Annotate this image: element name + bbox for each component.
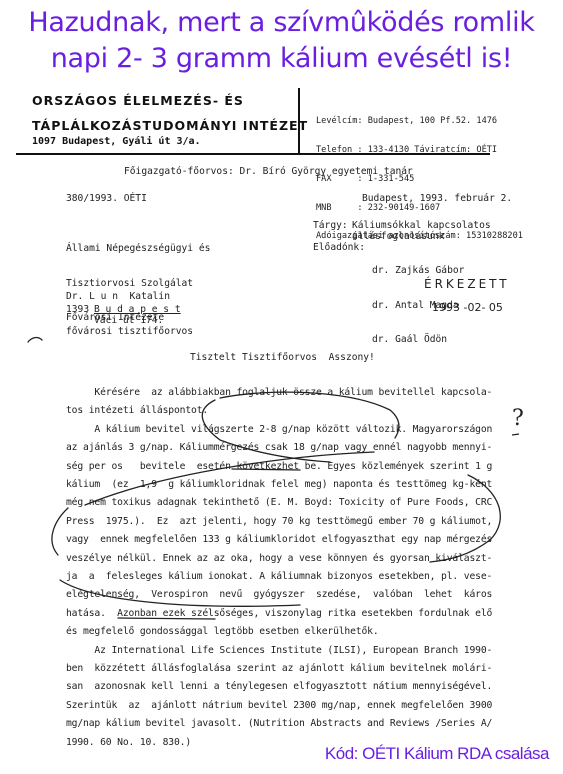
body-line: san azonosnak kell lenni a ténylegesen e…	[66, 681, 492, 692]
question-mark-annotation: ?	[512, 406, 524, 431]
headline-line-2: napi 2- 3 gramm kálium evésétl is!	[0, 42, 563, 76]
body-line: ja a felesleges kálium ionokat. A kálium…	[66, 571, 492, 582]
body-line: és megfelelő gondossággal legtöbb esetbe…	[66, 626, 379, 637]
presenters-label: Előadónk:	[313, 242, 365, 254]
body-line: 1990. 60 No. 10. 830.)	[66, 737, 191, 748]
body-line: mg/nap kálium bevitel javasolt. (Nutriti…	[66, 718, 492, 729]
body-line: kálium (ez 1,9 g káliumkloridnak felel m…	[66, 479, 492, 490]
contact-phone: Telefon : 133-4130 Táviratcím: OÉTI	[316, 146, 523, 156]
recipient-city: B u d a p e s t	[94, 304, 181, 316]
director-line: Főigazgató-főorvos: Dr. Bíró György egye…	[124, 166, 413, 178]
org-name-line-2: TÁPLÁLKOZÁSTUDOMÁNYI INTÉZET	[32, 118, 308, 133]
org-name-line-1: ORSZÁGOS ÉLELMEZÉS- ÉS	[32, 93, 244, 108]
letter-date: Budapest, 1993. február 2.	[362, 193, 512, 205]
body-line: Press 1975.). Ez azt jelenti, hogy 70 kg…	[66, 516, 492, 527]
header-divider	[298, 88, 300, 154]
contact-postal: Levélcím: Budapest, 100 Pf.52. 1476	[316, 117, 523, 127]
contact-bank: MNB : 232-90149-1607	[316, 204, 523, 214]
margin-mark	[28, 338, 42, 342]
recipient-city-text: B u d a p e s t	[94, 304, 181, 315]
footer-code: Kód: OÉTI Kálium RDA csalása	[325, 744, 549, 764]
presenter: dr. Zajkás Gábor	[372, 265, 464, 277]
body-line: veszélye nélkül. Ennek az az oka, hogy a…	[66, 553, 492, 564]
body-line: elégtelenség, Verospiron nevű gyógyszer …	[66, 589, 492, 600]
recipient-line: Állami Népegészségügyi és	[66, 243, 210, 255]
presenters-list: dr. Zajkás Gábor dr. Antal Magda dr. Gaá…	[372, 242, 464, 357]
org-address: 1097 Budapest, Gyáli út 3/a.	[32, 136, 201, 147]
body-line: A kálium bevitel világszerte 2-8 g/nap k…	[66, 424, 492, 435]
subject-line-2: állásfoglalásunk	[352, 231, 444, 243]
received-stamp-date: 1993 -02- 05	[432, 301, 503, 314]
body-line: vagy ennek megfelelően 133 g káliumklori…	[66, 534, 492, 545]
body-line: ség per os bevitele esetén következhet b…	[66, 461, 492, 472]
body-line: még nem toxikus adagnak tekinthető (E. M…	[66, 497, 492, 508]
presenter: dr. Gaál Ödön	[372, 334, 464, 346]
body-line: ben közzétett állásfoglalása szerint az …	[66, 663, 492, 674]
recipient-title: fővárosi tisztifőorvos	[66, 326, 193, 338]
reference-number: 380/1993. OÉTI	[66, 193, 147, 205]
recipient-name: Dr. L u n Katalin	[66, 291, 193, 303]
recipient-street: Váci út 174.	[94, 315, 163, 327]
subject-label: Tárgy:	[313, 220, 348, 232]
subject-line-1: Káliumsókkal kapcsolatos	[352, 220, 491, 232]
salutation: Tisztelt Tisztifőorvos Asszony!	[190, 352, 375, 364]
body-line: hatása. Azonban ezek szélsőséges, viszon…	[66, 608, 492, 619]
body-line: Az International Life Sciences Institute…	[66, 645, 492, 656]
body-line: Kérésére az alábbiakban foglaljuk össze …	[66, 387, 492, 398]
body-line: tos intézeti álláspontot.	[66, 405, 208, 416]
body-line: Szerintük az ajánlott nátrium bevitel 23…	[66, 700, 492, 711]
received-stamp: ÉRKEZETT	[424, 277, 510, 291]
recipient-zip: 1393	[66, 304, 89, 316]
body-line: az ajánlás 3 g/nap. Káliummérgezés csak …	[66, 442, 492, 453]
headline-line-1: Hazudnak, mert a szívmûködés romlik	[0, 6, 563, 40]
